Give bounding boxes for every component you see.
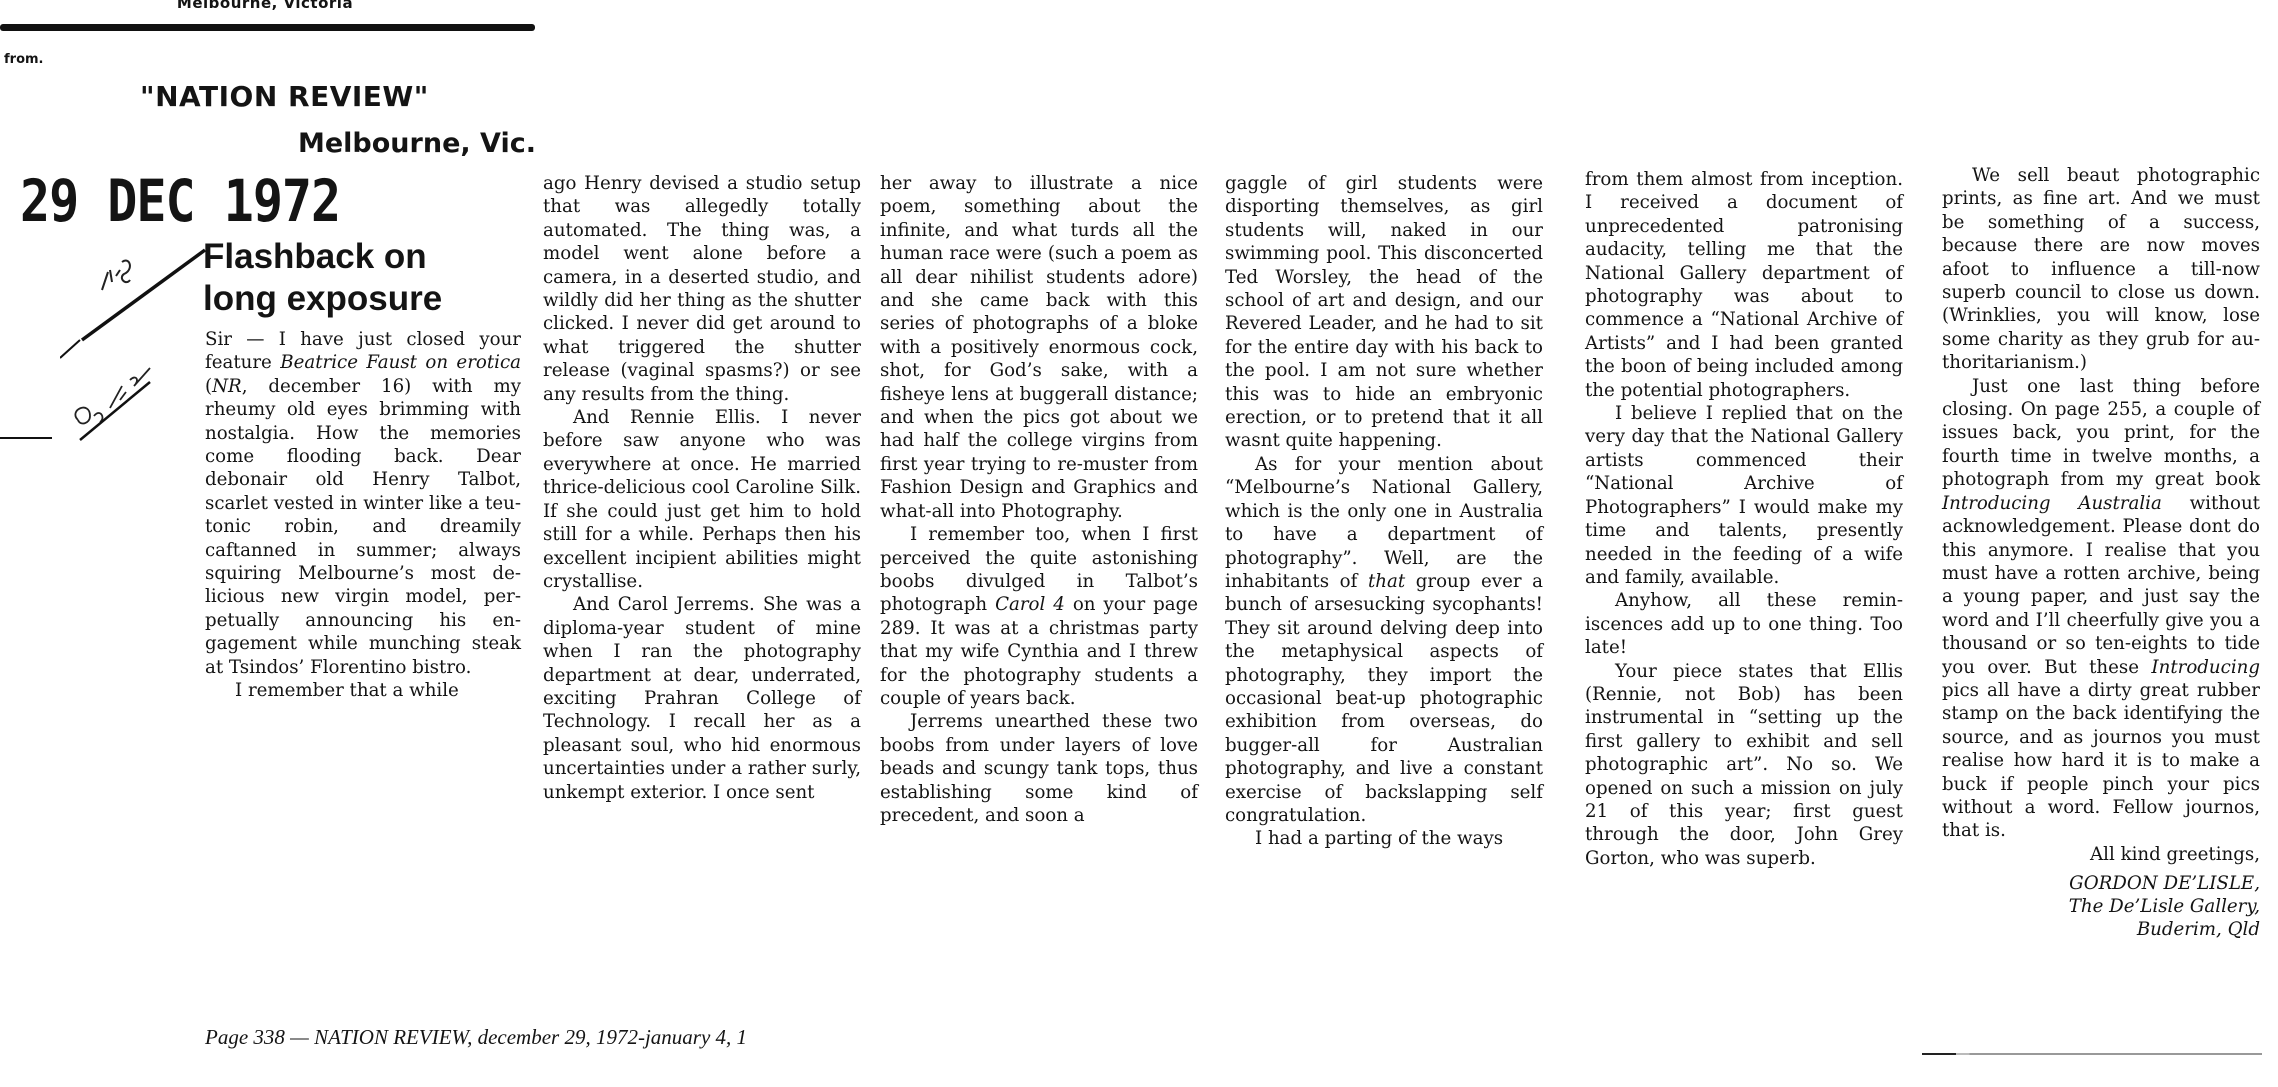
article-column-3: her away to illustrate a nice poem, some…: [880, 172, 1198, 827]
from-label: from.: [4, 52, 43, 67]
paper-name: "NATION REVIEW": [140, 80, 429, 113]
article-paragraph: Anyhow, all these remin­iscences add up …: [1585, 589, 1903, 659]
signoff: All kind greetings,: [1942, 843, 2260, 866]
article-paragraph: from them almost from in­ception. I rece…: [1585, 168, 1903, 402]
margin-rule-divider: [0, 437, 52, 439]
masthead-city: Melbourne, Victoria: [160, 0, 370, 12]
article-column-1: Sir — I have just closed your feature Be…: [205, 328, 521, 703]
article-paragraph: We sell beaut photo­graphic prints, as f…: [1942, 164, 2260, 375]
article-paragraph: I believe I replied that on the very day…: [1585, 402, 1903, 589]
column-6-body: We sell beaut photo­graphic prints, as f…: [1942, 164, 2260, 843]
headline-line-2: long exposure: [203, 278, 442, 320]
signature-location: Buderim, Qld: [1942, 918, 2260, 941]
signature-gallery: The De’Lisle Gallery,: [1942, 895, 2260, 918]
article-column-6: We sell beaut photo­graphic prints, as f…: [1942, 164, 2260, 941]
article-paragraph: Sir — I have just closed your feature Be…: [205, 328, 521, 679]
article-paragraph: Your piece states that Ellis (Rennie, no…: [1585, 660, 1903, 871]
article-headline: Flashback on long exposure: [203, 236, 442, 320]
article-paragraph: I remember too, when I first perceived t…: [880, 523, 1198, 710]
article-paragraph: And Carol Jerrems. She was a diploma-yea…: [543, 593, 861, 804]
article-paragraph: Jerrems unearthed these two boobs from u…: [880, 710, 1198, 827]
article-column-5: from them almost from in­ception. I rece…: [1585, 168, 1903, 870]
top-rule-divider: [0, 24, 535, 31]
article-paragraph: And Rennie Ellis. I never before saw any…: [543, 406, 861, 593]
article-paragraph: ago Henry devised a studio setup that wa…: [543, 172, 861, 406]
article-column-4: gaggle of girl students were disporting …: [1225, 172, 1543, 851]
headline-line-1: Flashback on: [203, 236, 442, 278]
article-paragraph: I remember that a while: [205, 679, 521, 702]
article-paragraph: I had a parting of the ways: [1225, 827, 1543, 850]
article-paragraph: Just one last thing before closing. On p…: [1942, 375, 2260, 843]
signature-block: GORDON DE’LISLE, The De’Lisle Gallery, B…: [1942, 872, 2260, 941]
handwritten-annotation-icon: [60, 240, 220, 460]
article-paragraph: gaggle of girl students were disporting …: [1225, 172, 1543, 453]
signature-name: GORDON DE’LISLE,: [1942, 872, 2260, 895]
paper-city: Melbourne, Vic.: [298, 128, 536, 159]
article-paragraph: As for your mention about “Melbourne’s N…: [1225, 453, 1543, 828]
page-footer: Page 338 — NATION REVIEW, december 29, 1…: [205, 1025, 747, 1050]
bottom-rule-divider: [1922, 1053, 2262, 1055]
date-stamp: 29 DEC 1972: [20, 168, 340, 235]
article-column-2: ago Henry devised a studio setup that wa…: [543, 172, 861, 804]
article-paragraph: her away to illustrate a nice poem, some…: [880, 172, 1198, 523]
